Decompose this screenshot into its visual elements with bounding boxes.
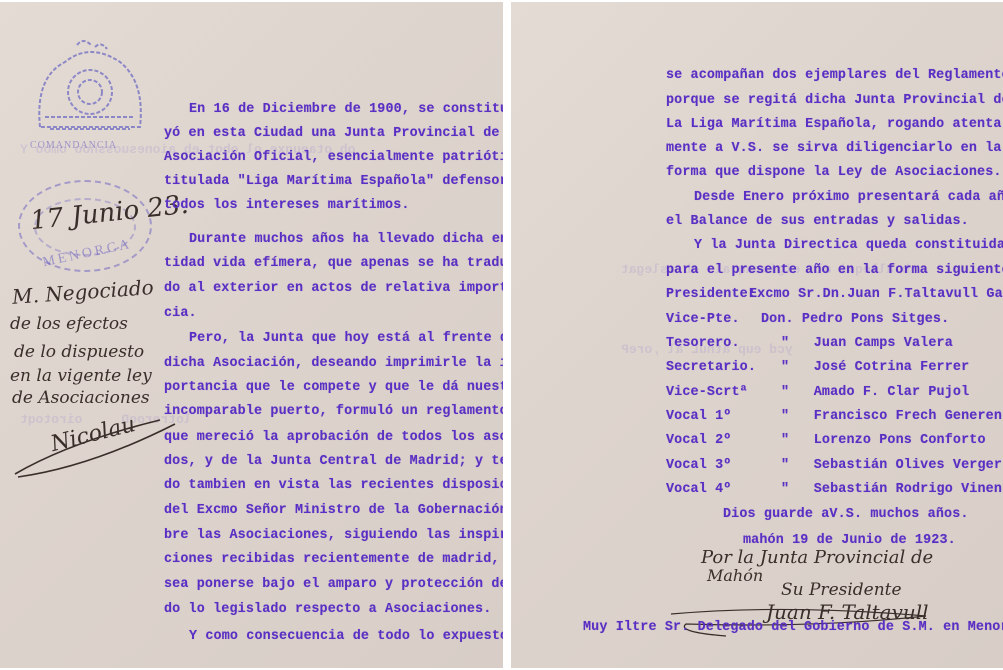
handwritten-closing: Por la Junta Provincial de <box>701 547 933 568</box>
body-line: que mereció la aprobación de todos los a… <box>164 430 503 445</box>
margin-note-line: en la vigente ley <box>10 366 152 386</box>
body-line: portancia que le compete y que le dá nue… <box>164 380 503 395</box>
body-line: porque se regitá dicha Junta Provincial … <box>666 93 1003 108</box>
body-line: Y la Junta Directica queda constituida <box>694 238 1003 253</box>
body-line: tidad vida efímera, que apenas se ha tra… <box>164 256 503 271</box>
body-line: Asociación Oficial, esencialmente patrió… <box>164 150 503 165</box>
board-role: Vocal 4º <box>666 482 732 497</box>
signature-flourish-icon <box>10 412 180 482</box>
body-line: Pero, la Junta que hoy está al frente de <box>189 331 503 346</box>
body-line: dos, y de la Junta Central de Madrid; y … <box>164 454 503 469</box>
body-line: yó en esta Ciudad una Junta Provincial d… <box>164 126 503 141</box>
board-member-name: " José Cotrina Ferrer <box>781 360 969 375</box>
body-line: ciones recibidas recientemente de madrid… <box>164 552 503 567</box>
body-line: se acompañan dos ejemplares del Reglamen… <box>666 68 1003 83</box>
board-member-name: " Amado F. Clar Pujol <box>781 385 969 400</box>
margin-note-line: de lo dispuesto <box>14 342 144 362</box>
handwritten-closing: Mahón <box>707 566 763 585</box>
body-line: do al exterior en actos de relativa impo… <box>164 281 503 296</box>
body-line: do tambien en vista las recientes dispos… <box>164 478 503 493</box>
closing-salutation: Dios guarde aV.S. muchos años. <box>723 507 969 522</box>
body-line: forma que dispone la Ley de Asociaciones… <box>666 165 1002 180</box>
stamp-caption: COMANDANCIA <box>30 140 117 151</box>
margin-note-line: M. Negociado <box>11 275 154 309</box>
body-line: incomparable puerto, formuló un reglamen… <box>164 404 503 419</box>
board-member-name: " Sebastián Rodrigo Vinent. <box>781 482 1003 497</box>
margin-note-line: de Asociaciones <box>12 388 150 408</box>
board-role: Tesorero. <box>666 336 740 351</box>
body-line: todos los intereses marítimos. <box>164 198 410 213</box>
document-page-left: ob otaeuqxe ol obot eb aionesuossnoo omo… <box>0 2 503 668</box>
body-line: el Balance de sus entradas y salidas. <box>666 214 969 229</box>
body-line: dicha Asociación, deseando imprimirle la… <box>164 356 503 371</box>
board-role: Vice-Scrtª <box>666 385 748 400</box>
board-member-name: Don. Pedro Pons Sitges. <box>761 312 949 327</box>
body-line: Y como consecuencia de todo lo expuesto <box>189 629 503 644</box>
body-line: do lo legislado respecto a Asociaciones. <box>164 602 491 617</box>
margin-note-line: de los efectos <box>10 314 128 334</box>
body-line: En 16 de Diciembre de 1900, se constitu- <box>189 102 503 117</box>
body-line: cia. <box>164 306 197 321</box>
document-page-right: ab alleqai al eigiaoaq al eb aslegat ycd… <box>511 2 1003 668</box>
body-line: titulada "Liga Marítima Española" defens… <box>164 174 503 189</box>
board-role: Vocal 3º <box>666 458 732 473</box>
board-role: Presidente: <box>666 287 756 302</box>
body-line: Desde Enero próximo presentará cada año <box>694 190 1003 205</box>
body-line: bre las Asociaciones, siguiendo las insp… <box>164 528 503 543</box>
body-line: sea ponerse bajo el amparo y protección … <box>164 577 503 592</box>
board-role: Vocal 2º <box>666 433 732 448</box>
date-line: mahón 19 de Junio de 1923. <box>743 533 956 548</box>
addressee-line: Muy Iltre Sr. Delegado del Gobierno de S… <box>583 620 1003 635</box>
board-member-name: " Francisco Frech Generentola <box>781 409 1003 424</box>
board-role: Vice-Pte. <box>666 312 740 327</box>
body-line: Durante muchos años ha llevado dicha en- <box>189 232 503 247</box>
body-line: del Excmo Señor Ministro de la Gobernaci… <box>164 503 503 518</box>
board-role: Vocal 1º <box>666 409 732 424</box>
board-member-name: " Sebastián Olives Verger <box>781 458 1002 473</box>
coat-of-arms-stamp-icon <box>25 37 155 142</box>
body-line: La Liga Marítima Española, rogando atent… <box>666 117 1003 132</box>
board-member-name: " Juan Camps Valera <box>781 336 953 351</box>
board-member-name: " Lorenzo Pons Conforto <box>781 433 986 448</box>
board-member-name: Excmo Sr.Dn.Juan F.Taltavull Galens. <box>749 287 1003 302</box>
body-line: mente a V.S. se sirva diligenciarlo en l… <box>666 141 1002 156</box>
handwritten-closing: Su Presidente <box>781 580 902 600</box>
board-role: Secretario. <box>666 360 756 375</box>
body-line: para el presente año en la forma siguien… <box>666 263 1003 278</box>
